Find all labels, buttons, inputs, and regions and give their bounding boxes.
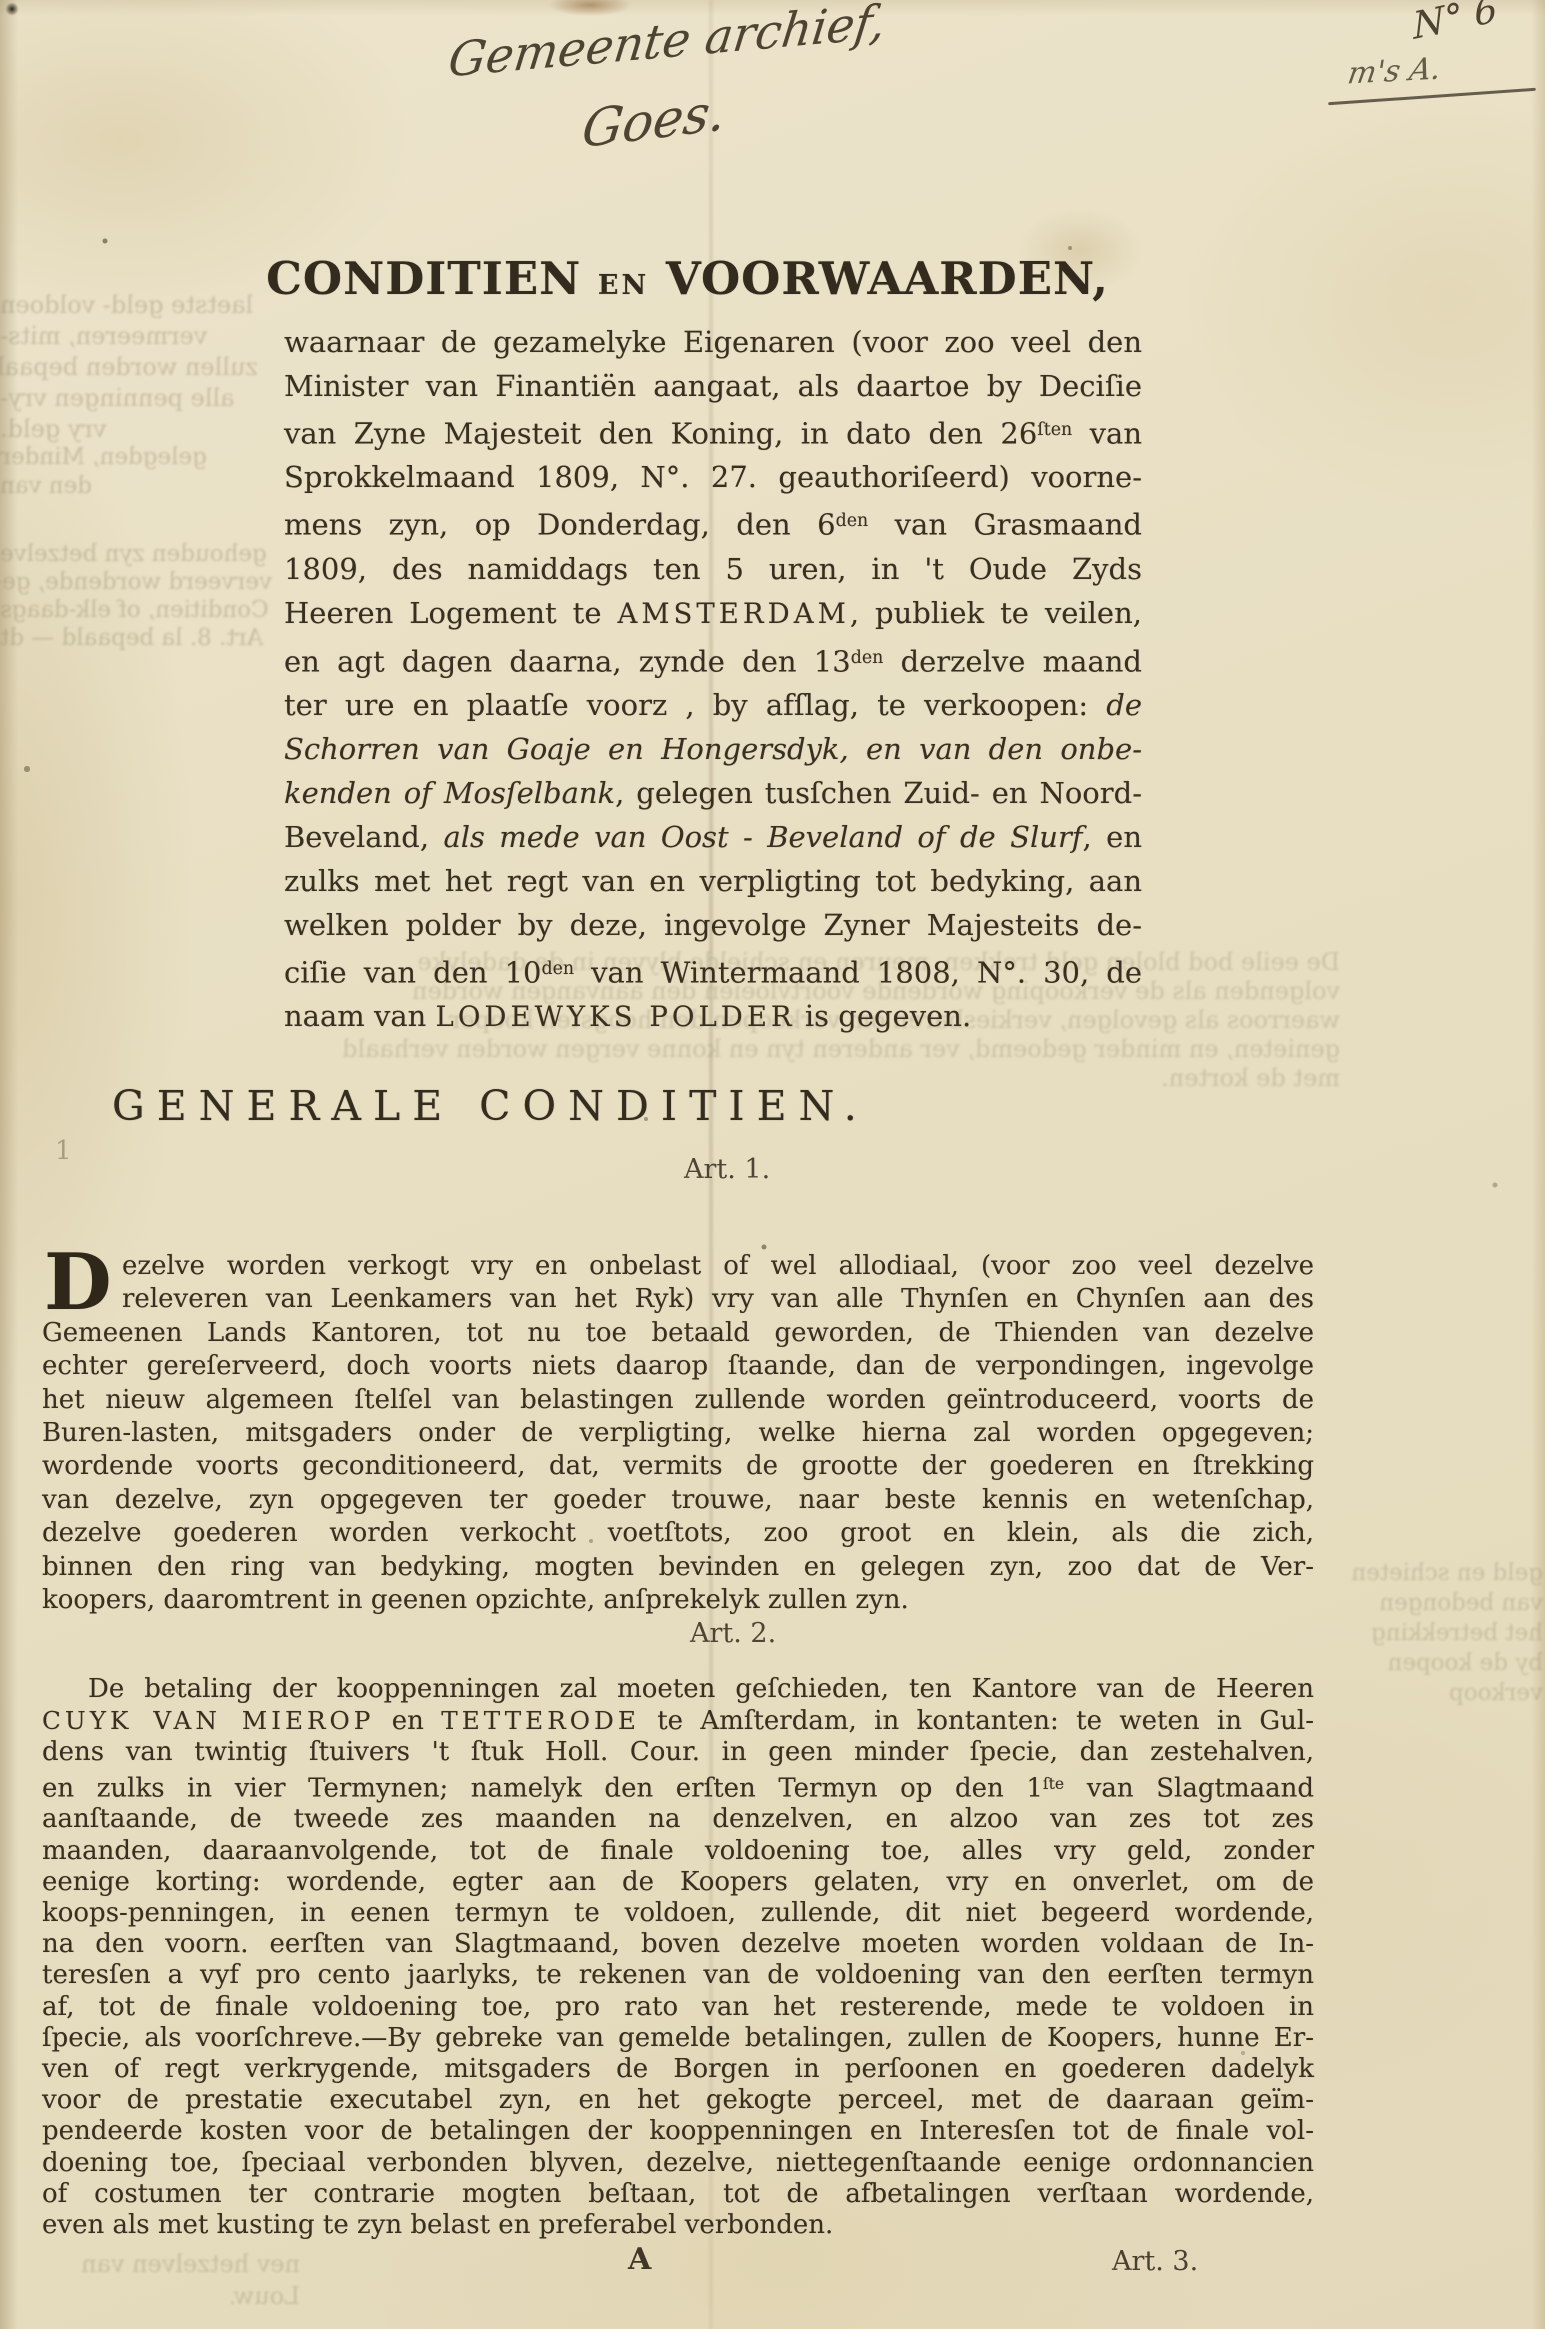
preamble-line: Schorren van Goaje en Hongersdyk, en van… <box>284 727 1142 771</box>
showthrough-line: den van <box>0 472 240 501</box>
article-2-line: af, tot de finale voldoening toe, pro ra… <box>42 1992 1314 2023</box>
article-1-line: wordende voorts geconditioneerd, dat, ve… <box>42 1450 1314 1483</box>
article-1-line: het nieuw algemeen ſtelſel van belasting… <box>42 1384 1314 1417</box>
preamble-paragraph: waarnaar de gezamelyke Eigenaren (voor z… <box>284 320 1142 1039</box>
catchword: Art. 3. <box>1112 2246 1198 2277</box>
article-2-line: dens van twintig ſtuivers 't ſtuk Holl. … <box>42 1737 1314 1768</box>
showthrough-line: gehouden zyn betzelve <box>0 540 272 568</box>
article-1-line: ezelve worden verkogt vry en onbelast of… <box>42 1250 1314 1283</box>
preamble-line: ciſie van den 10den van Wintermaand 1808… <box>284 947 1142 994</box>
preamble-line: Beveland, als mede van Oost - Beveland o… <box>284 815 1142 859</box>
article-2-line: aanſtaande, de tweede zes maanden na den… <box>42 1804 1314 1835</box>
article-2-line: even als met kusting te zyn belast en pr… <box>42 2210 1314 2241</box>
article-2-line: eenige korting: wordende, egter aan de K… <box>42 1867 1314 1898</box>
preamble-line: mens zyn, op Donderdag, den 6den van Gra… <box>284 499 1142 546</box>
showthrough-text: laetste geld- voldoenvermeeren, mits-zul… <box>0 290 258 445</box>
signature-mark: A <box>628 2242 651 2277</box>
article-2-line: en zulks in vier Termynen; namelyk den e… <box>42 1769 1314 1805</box>
title-line: CONDITIEN EN VOORWAARDEN, <box>230 252 1145 305</box>
article-1-label: Art. 1. <box>684 1154 770 1185</box>
article-2-line: doening toe, ſpeciaal verbonden blyven, … <box>42 2148 1314 2179</box>
preamble-line: van Zyne Majesteit den Koning, in dato d… <box>284 408 1142 455</box>
ink-specks <box>0 0 2 2</box>
preamble-line: Heeren Logement te AMSTERDAM, publiek te… <box>284 591 1142 636</box>
section-heading: GENERALE CONDITIEN. <box>112 1082 869 1130</box>
preamble-line: 1809, des namiddags ten 5 uren, in 't Ou… <box>284 547 1142 591</box>
article-2-line: koops-penningen, in eenen termyn te vold… <box>42 1898 1314 1929</box>
article-2-paragraph: De betaling der kooppenningen zal moeten… <box>42 1674 1314 2241</box>
document-page: laetste geld- voldoenvermeeren, mits-zul… <box>0 0 1545 2329</box>
handwritten-archive-note: Gemeente archief, <box>445 0 888 88</box>
article-2-line: teresſen a vyf pro cento jaarlyks, te re… <box>42 1960 1314 1991</box>
showthrough-line: van bedongen <box>1318 1588 1543 1618</box>
showthrough-line: by de koopen <box>1318 1648 1543 1678</box>
preamble-line: waarnaar de gezamelyke Eigenaren (voor z… <box>284 320 1142 364</box>
preamble-line: Minister van Finantiën aangaat, als daar… <box>284 364 1142 408</box>
article-2-line: voor de prestatie executabel zyn, en het… <box>42 2085 1314 2116</box>
showthrough-line: verkoop <box>1318 1678 1543 1708</box>
showthrough-text: geld en schietenvan bedongenhet betrekki… <box>1318 1558 1543 1708</box>
article-2-line: pendeerde kosten voor de betalingen der … <box>42 2116 1314 2147</box>
article-1-line: echter gereſerveerd, doch voorts niets d… <box>42 1350 1314 1383</box>
showthrough-line: alle penningen vry- <box>0 383 258 414</box>
preamble-line: naam van LODEWYKS POLDER is gegeven. <box>284 994 1142 1039</box>
showthrough-line: geld en schieten <box>1318 1558 1543 1588</box>
article-2-line: of costumen ter contrarie mogten beſtaan… <box>42 2179 1314 2210</box>
article-1-line: binnen den ring van bedyking, mogten bev… <box>42 1551 1314 1584</box>
showthrough-line: zullen worden bepaald, <box>0 352 258 383</box>
handwritten-struck-note: m's A. <box>1345 51 1443 91</box>
showthrough-line: gelegden, Minder <box>0 443 240 472</box>
showthrough-line: Art. 8. la bepaald — dt <box>0 624 272 652</box>
article-2-line: De betaling der kooppenningen zal moeten… <box>42 1674 1314 1705</box>
preamble-line: kenden of Mosſelbank, gelegen tusſchen Z… <box>284 771 1142 815</box>
showthrough-line: verveerd wordende, ge- <box>0 568 272 596</box>
article-1-line: Buren-lasten, mitsgaders onder de verpli… <box>42 1417 1314 1450</box>
showthrough-line: het betrekking <box>1318 1618 1543 1648</box>
showthrough-text: gehouden zyn betzelveverveerd wordende, … <box>0 540 272 652</box>
document-title: CONDITIEN EN VOORWAARDEN, <box>230 252 1145 305</box>
preamble-line: zulks met het regt van en verpligting to… <box>284 859 1142 903</box>
preamble-line: ter ure en plaatſe voorz , by afſlag, te… <box>284 683 1142 727</box>
drop-cap: D <box>44 1244 112 1322</box>
showthrough-line: Louw. <box>30 2280 300 2312</box>
showthrough-line: vry geld. <box>0 414 258 445</box>
handwritten-place-note: Goes. <box>579 83 729 161</box>
showthrough-line: vermeeren, mits- <box>0 321 258 352</box>
article-1-paragraph: D ezelve worden verkogt vry en onbelast … <box>42 1250 1314 1617</box>
article-1-line: dezelve goederen worden verkocht voetſto… <box>42 1517 1314 1550</box>
article-2-line: CUYK VAN MIEROP en TETTERODE te Amſterda… <box>42 1705 1314 1737</box>
article-2-line: ven of regt verkrygende, mitsgaders de B… <box>42 2054 1314 2085</box>
article-2-line: ſpecie, als voorſchreve.—By gebreke van … <box>42 2023 1314 2054</box>
preamble-line: en agt dagen daarna, zynde den 13den der… <box>284 636 1142 683</box>
showthrough-line: nev hetzelven van <box>30 2248 300 2280</box>
article-1-line: releveren van Leenkamers van het Ryk) vr… <box>42 1283 1314 1316</box>
article-2-line: na den voorn. eerſten van Slagtmaand, bo… <box>42 1929 1314 1960</box>
showthrough-line: laetste geld- voldoen <box>0 290 258 321</box>
article-1-line: koopers, daaromtrent in geenen opzichte,… <box>42 1584 1314 1617</box>
article-1-line: Gemeenen Lands Kantoren, tot nu toe beta… <box>42 1317 1314 1350</box>
showthrough-text: gelegden, Minderden van <box>0 443 240 501</box>
article-2-label: Art. 2. <box>690 1618 776 1649</box>
handwritten-corner-number: N° 6 <box>1411 0 1498 48</box>
margin-mark: 1 <box>55 1136 72 1166</box>
preamble-line: Sprokkelmaand 1809, N°. 27. geauthoriſee… <box>284 455 1142 499</box>
article-2-line: maanden, daaraanvolgende, tot de finale … <box>42 1836 1314 1867</box>
showthrough-line: Conditien, of elk-daags <box>0 596 272 624</box>
showthrough-text: nev hetzelven vanLouw. <box>30 2248 300 2312</box>
article-1-line: van dezelve, zyn opgegeven ter goeder tr… <box>42 1484 1314 1517</box>
preamble-line: welken polder by deze, ingevolge Zyner M… <box>284 903 1142 947</box>
